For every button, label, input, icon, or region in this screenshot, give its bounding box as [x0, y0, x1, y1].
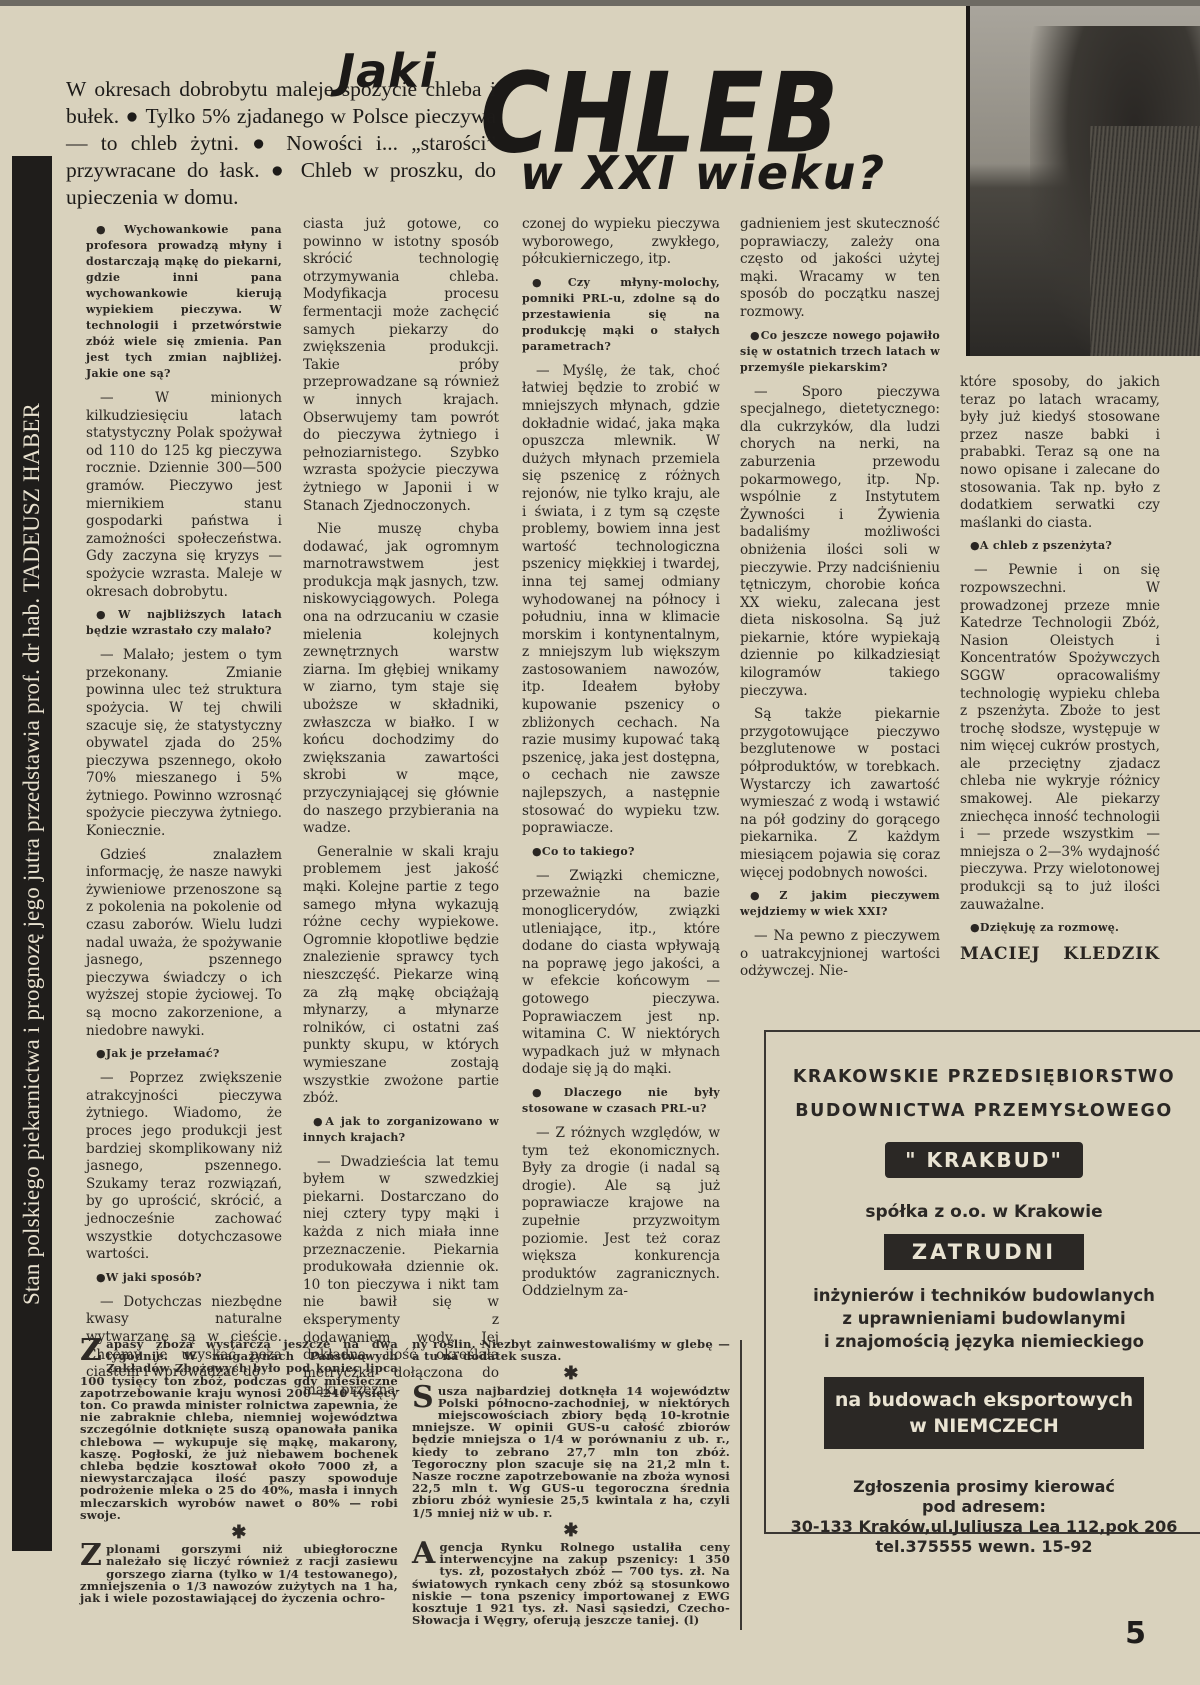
interview-question: W jaki sposób?	[86, 1270, 282, 1286]
interview-question: Co to takiego?	[522, 844, 720, 860]
interview-question: A jak to zorganizowano w innych krajach?	[303, 1114, 499, 1146]
news-note-drought: Susza najbardziej dotknęła 14 województw…	[412, 1385, 730, 1519]
headline-wiek: w XXI wieku?	[520, 146, 886, 200]
interview-answer: — Sporo pieczywa specjalnego, dietetyczn…	[740, 384, 940, 701]
page-number: 5	[1125, 1616, 1146, 1651]
ad-brand-badge: " KRAKBUD"	[885, 1142, 1083, 1178]
interview-question: W najbliższych latach będzie wzrastało c…	[86, 607, 282, 639]
interview-answer: które sposoby, do jakich teraz po latach…	[960, 374, 1160, 532]
author-byline: MACIEJKLEDZIK	[960, 946, 1160, 964]
interview-answer: gadnieniem jest skuteczność poprawiaczy,…	[740, 216, 940, 322]
interview-answer: Nie muszę chyba dodawać, jak ogromnym ma…	[303, 521, 499, 838]
interview-answer: Generalnie w skali kraju problemem jest …	[303, 844, 499, 1108]
interview-answer: Są także piekarnie przygotowujące pieczy…	[740, 706, 940, 882]
side-band-text: Stan polskiego piekarnictwa i prognozę j…	[19, 402, 45, 1304]
interview-question: Dziękuję za rozmowę.	[960, 920, 1160, 936]
separator-star: ✱	[80, 1527, 398, 1539]
photo-stalks-shape	[1090, 126, 1200, 356]
author-first-name: MACIEJ	[960, 946, 1041, 964]
separator-star: ✱	[412, 1368, 730, 1380]
news-note-prices: Agencja Rynku Rolnego ustaliła ceny inte…	[412, 1541, 730, 1626]
separator-star: ✱	[412, 1525, 730, 1537]
interview-answer: — Związki chemiczne, przeważnie na bazie…	[522, 868, 720, 1079]
interview-answer: ciasta już gotowe, co powinno w istotny …	[303, 216, 499, 515]
ad-contact: Zgłoszenia prosimy kierować pod adresem:…	[766, 1477, 1200, 1557]
ad-location-banner: na budowach eksportowych w NIEMCZECH	[824, 1377, 1144, 1449]
news-note-harvest: Z plonami gorszymi niż ubiegłoroczne nal…	[80, 1543, 398, 1604]
interview-answer: — Z różnych względów, w tym też ekonomic…	[522, 1125, 720, 1301]
krakbud-job-ad: KRAKOWSKIE PRZEDSIĘBIORSTWO BUDOWNICTWA …	[764, 1030, 1200, 1534]
ad-company-name: KRAKOWSKIE PRZEDSIĘBIORSTWO BUDOWNICTWA …	[766, 1060, 1200, 1128]
dropcap: S	[412, 1385, 434, 1411]
interview-question: A chleb z pszenżyta?	[960, 538, 1160, 554]
wheat-sheaf-photo	[966, 6, 1200, 356]
column-rule	[740, 1340, 742, 1630]
interview-question: Z jakim pieczywem wejdziemy w wiek XXI?	[740, 888, 940, 920]
interview-question: Wychowankowie pana profesora prowadzą mł…	[86, 222, 282, 382]
dropcap: Z	[80, 1338, 102, 1364]
ad-hiring-banner: ZATRUDNI	[884, 1234, 1084, 1270]
interview-answer: — Malało; jestem o tym przekonany. Zmian…	[86, 647, 282, 841]
dropcap: Z	[80, 1543, 102, 1569]
article-column-5: które sposoby, do jakich teraz po latach…	[960, 374, 1160, 964]
article-column-1: Wychowankowie pana profesora prowadzą mł…	[86, 218, 282, 1388]
interview-question: Czy młyny-molochy, pomniki PRL-u, zdolne…	[522, 275, 720, 355]
interview-answer: — Pewnie i on się rozpowszechni. W prowa…	[960, 562, 1160, 914]
lead-paragraph: W okresach dobrobytu maleje spożycie chl…	[66, 76, 496, 211]
interview-question: Co jeszcze nowego pojawiło się w ostatni…	[740, 328, 940, 376]
news-note-harvest-cont: ny roślin. Niezbyt zainwestowaliśmy w gl…	[412, 1338, 730, 1362]
interview-answer: czonej do wypieku pieczywa wyborowego, z…	[522, 216, 720, 269]
interview-answer: Gdzieś znalazłem informację, że nasze na…	[86, 847, 282, 1041]
interview-answer: — Myślę, że tak, choć łatwiej będzie to …	[522, 363, 720, 838]
interview-question: Dlaczego nie były stosowane w czasach PR…	[522, 1085, 720, 1117]
article-column-3: czonej do wypieku pieczywa wyborowego, z…	[522, 216, 720, 1307]
article-column-4: gadnieniem jest skuteczność poprawiaczy,…	[740, 216, 940, 987]
article-column-2: ciasta już gotowe, co powinno w istotny …	[303, 216, 499, 1406]
author-last-name: KLEDZIK	[1063, 946, 1160, 964]
ad-company-type: spółka z o.o. w Krakowie	[766, 1202, 1200, 1222]
dropcap: A	[412, 1541, 435, 1567]
ad-requirements: inżynierów i techników budowlanych z upr…	[766, 1284, 1200, 1353]
interview-question: Jak je przełamać?	[86, 1046, 282, 1062]
interview-answer: — W minionych kilkudziesięciu latach sta…	[86, 390, 282, 601]
news-notes-left: Zapasy zboża wystarczą jeszcze na dwa ty…	[80, 1338, 398, 1604]
interview-answer: — Poprzez zwiększenie atrakcyjności piec…	[86, 1070, 282, 1264]
news-note-stocks: Zapasy zboża wystarczą jeszcze na dwa ty…	[80, 1338, 398, 1521]
side-band: Stan polskiego piekarnictwa i prognozę j…	[12, 156, 52, 1551]
news-notes-right: ny roślin. Niezbyt zainwestowaliśmy w gl…	[412, 1338, 730, 1626]
interview-answer: — Na pewno z pieczywem o uatrakcyjnionej…	[740, 928, 940, 981]
